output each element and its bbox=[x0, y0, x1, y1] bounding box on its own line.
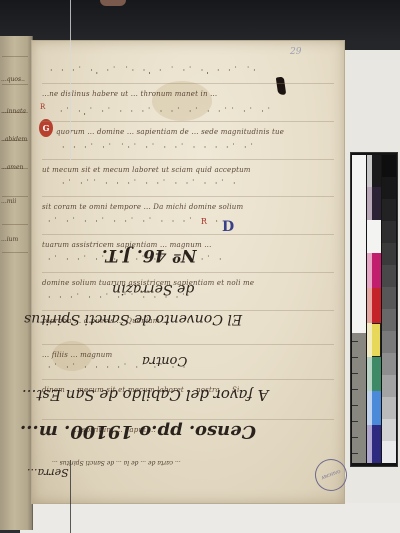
finger-holding-page bbox=[100, 0, 126, 6]
chant-text-line: ... filiis ... magnum bbox=[42, 351, 112, 359]
chant-text-line: ut mecum sit et mecum laboret ut sciam q… bbox=[42, 166, 251, 174]
page-holder-string bbox=[70, 0, 71, 160]
measurement-ruler bbox=[352, 333, 366, 463]
upside-down-annotation: ... carta de ... de la ... de Sancti Spi… bbox=[52, 459, 181, 466]
upside-down-annotation: Contra bbox=[142, 353, 187, 368]
neume-row: ·˙ ·ˌ˙ ·˙ · · ·˙ · ·˙ ·˙ · ·˙˙ ·˙ ·˙ bbox=[60, 107, 274, 116]
left-facing-page: ...quos.. ...innata ..abidem ...amen ...… bbox=[0, 36, 33, 530]
support-board bbox=[20, 503, 400, 533]
grayscale-step bbox=[382, 221, 396, 243]
grayscale-step bbox=[382, 353, 396, 375]
grayscale-step bbox=[382, 419, 396, 441]
chant-text-line: sit coram te omni tempore ... Da michi d… bbox=[42, 203, 243, 211]
manuscript-folio: 29 · · ·˙ ·ˌ ·˙ ˙· ·ˌ · ˙ ·˙ ·ˌ · ·˙ ˙· … bbox=[31, 40, 345, 504]
upside-down-annotation: Censo. pp.o 19100. m... bbox=[20, 421, 256, 442]
neume-row: ·˙ ·˙˙ · · ·˙ · ·˙ · ·˙ · ·˙ · bbox=[62, 179, 239, 188]
upside-down-annotation: Serra... bbox=[27, 466, 69, 479]
chant-text-line: quorum ... domine ... sapientiam de ... … bbox=[56, 128, 284, 136]
grayscale-step bbox=[382, 309, 396, 331]
grayscale-step bbox=[382, 375, 396, 397]
neume-row: · · ·˙ ·˙ ˙·˙ ·˙ · ·˙ · · · ·˙ ·˙ bbox=[62, 143, 257, 152]
grayscale-step bbox=[382, 397, 396, 419]
grayscale-step bbox=[382, 155, 396, 177]
upside-down-annotation: El Convento de Sancti Spiritus bbox=[24, 311, 242, 327]
grayscale-step bbox=[382, 243, 396, 265]
grayscale-step bbox=[382, 199, 396, 221]
upside-down-annotation: de Serrazin bbox=[112, 281, 194, 297]
page-holder-string bbox=[70, 460, 71, 533]
chant-text-line: ...ne dislinus habere ut ... thronum man… bbox=[42, 90, 217, 98]
neume-row: ·˙ ·˙ · ·˙ · ·˙ ·˙ · · ·˙ R · · bbox=[48, 217, 232, 226]
grayscale-step bbox=[382, 331, 396, 353]
archival-shelfmark: Nº 46. J.T. bbox=[102, 245, 196, 265]
color-calibration-chart: Digital Imaging by DIAMMDigital Image Ar… bbox=[350, 152, 398, 467]
grayscale-step bbox=[382, 265, 396, 287]
neume-row: · · ·˙ ·ˌ ·˙ ˙· ·ˌ · ˙ ·˙ ·ˌ · ·˙ ˙· bbox=[50, 66, 259, 75]
grayscale-step bbox=[382, 177, 396, 199]
grayscale-step bbox=[382, 287, 396, 309]
upside-down-annotation: A favor del Cabildo de San Est... bbox=[22, 386, 268, 404]
chart-label: Digital Imaging by DIAMMDigital Image Ar… bbox=[352, 155, 366, 333]
grayscale-step bbox=[382, 441, 396, 463]
ink-blot bbox=[276, 77, 286, 96]
illuminated-initial: D bbox=[222, 219, 234, 235]
folio-number: 29 bbox=[290, 47, 301, 57]
swatch-white bbox=[367, 220, 381, 253]
